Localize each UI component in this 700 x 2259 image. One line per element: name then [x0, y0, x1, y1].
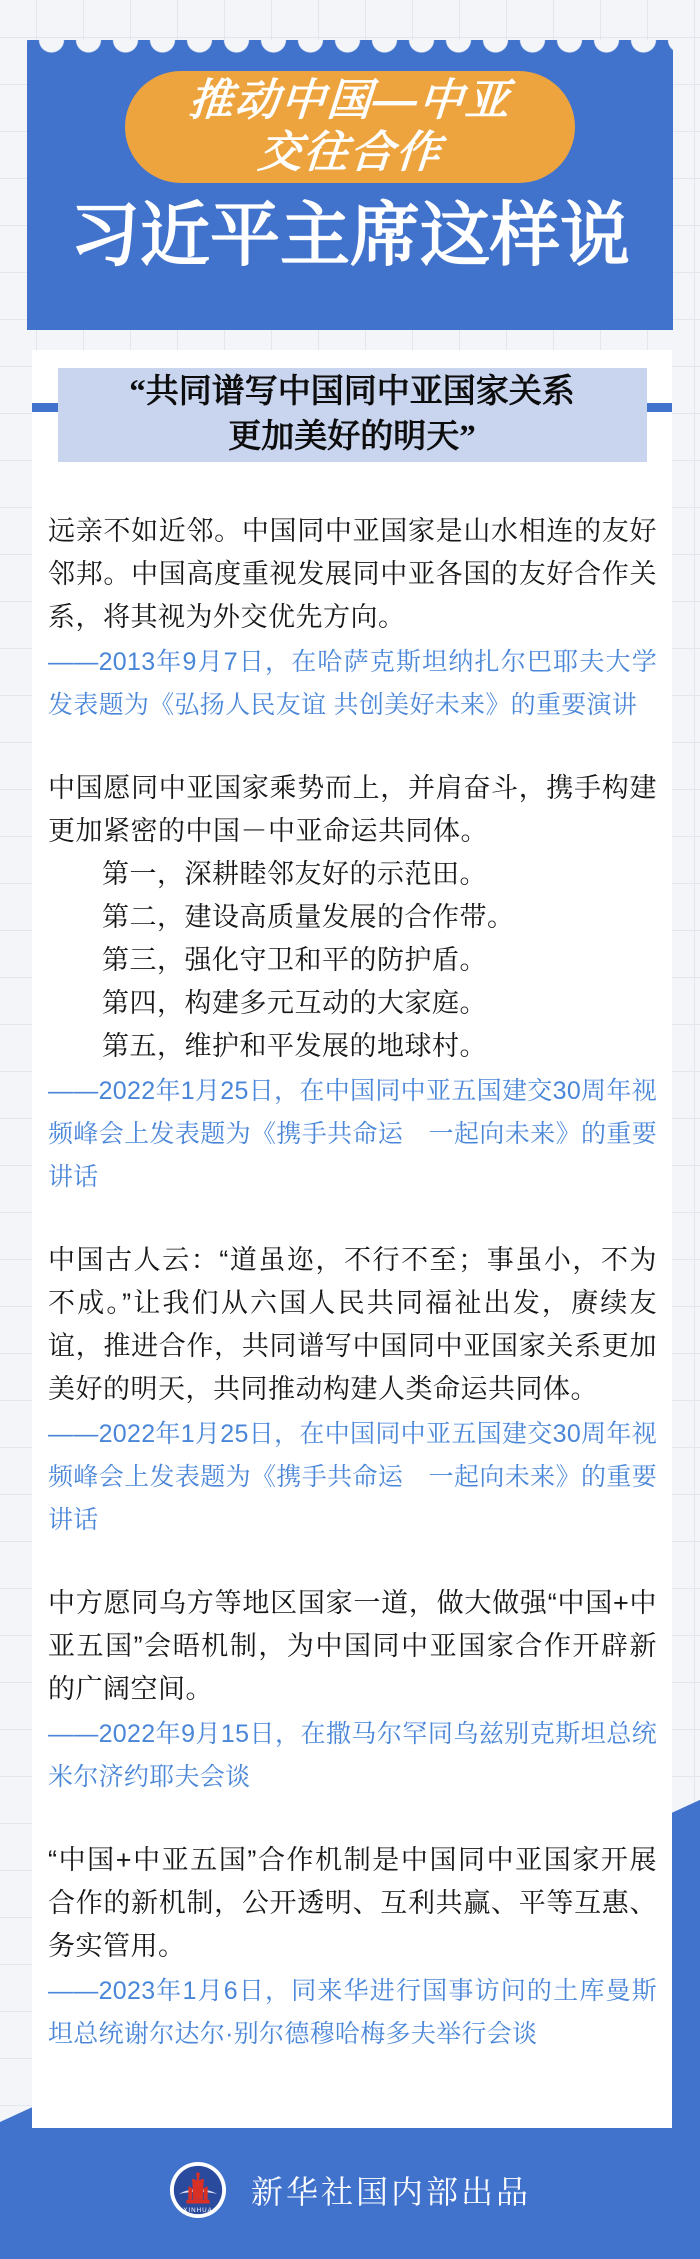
footer: XINHUA 新华社国内部出品: [0, 2160, 700, 2220]
list-item-1: 第一，深耕睦邻友好的示范田。: [48, 853, 657, 896]
page-title: 习近平主席这样说: [27, 195, 673, 275]
scallop-edge-decoration: [27, 40, 673, 54]
quote-paragraph: 中方愿同乌方等地区国家一道，做大做强“中国+中亚五国”会晤机制，为中国同中亚国家…: [48, 1582, 657, 1711]
quote-section-5: “中国+中亚五国”合作机制是中国同中亚国家开展合作的新机制，公开透明、互利共赢、…: [48, 1839, 657, 2056]
list-item-5: 第五，维护和平发展的地球村。: [48, 1025, 657, 1068]
xinhua-logo-icon: XINHUA: [169, 2161, 227, 2219]
list-item-3: 第三，强化守卫和平的防护盾。: [48, 939, 657, 982]
topic-badge-line-2: 交往合作: [256, 127, 444, 179]
content-card: “共同谱写中国同中亚国家关系 更加美好的明天” 远亲不如近邻。中国同中亚国家是山…: [32, 350, 672, 2128]
quote-attribution: ——2022年1月25日，在中国同中亚五国建交30周年视频峰会上发表题为《携手共…: [48, 1413, 657, 1542]
quotes-content: 远亲不如近邻。中国同中亚国家是山水相连的友好邻邦。中国高度重视发展同中亚各国的友…: [48, 510, 657, 2096]
quote-section-4: 中方愿同乌方等地区国家一道，做大做强“中国+中亚五国”会晤机制，为中国同中亚国家…: [48, 1582, 657, 1799]
quote-paragraph: 中国古人云：“道虽迩，不行不至；事虽小，不为不成。”让我们从六国人民共同福祉出发…: [48, 1239, 657, 1411]
headline-quote-line-2: 更加美好的明天”: [228, 415, 476, 460]
quote-section-3: 中国古人云：“道虽迩，不行不至；事虽小，不为不成。”让我们从六国人民共同福祉出发…: [48, 1239, 657, 1542]
quote-paragraph: “中国+中亚五国”合作机制是中国同中亚国家开展合作的新机制，公开透明、互利共赢、…: [48, 1839, 657, 1968]
header-banner: 推动中国—中亚 交往合作 习近平主席这样说: [27, 40, 673, 330]
list-item-4: 第四，构建多元互动的大家庭。: [48, 982, 657, 1025]
footer-credit-text: 新华社国内部出品: [251, 2167, 531, 2213]
quote-paragraph: 中国愿同中亚国家乘势而上，并肩奋斗，携手构建更加紧密的中国－中亚命运共同体。: [48, 767, 657, 853]
quote-attribution: ——2022年1月25日，在中国同中亚五国建交30周年视频峰会上发表题为《携手共…: [48, 1070, 657, 1199]
infographic-poster: 推动中国—中亚 交往合作 习近平主席这样说 “共同谱写中国同中亚国家关系 更加美…: [0, 0, 700, 2259]
topic-badge-line-1: 推动中国—中亚: [187, 75, 513, 127]
quote-attribution: ——2013年9月7日，在哈萨克斯坦纳扎尔巴耶夫大学发表题为《弘扬人民友谊 共创…: [48, 641, 657, 727]
quote-paragraph: 远亲不如近邻。中国同中亚国家是山水相连的友好邻邦。中国高度重视发展同中亚各国的友…: [48, 510, 657, 639]
quote-section-1: 远亲不如近邻。中国同中亚国家是山水相连的友好邻邦。中国高度重视发展同中亚各国的友…: [48, 510, 657, 727]
topic-badge: 推动中国—中亚 交往合作: [125, 71, 575, 183]
quote-attribution: ——2023年1月6日，同来华进行国事访问的土库曼斯坦总统谢尔达尔·别尔德穆哈梅…: [48, 1970, 657, 2056]
quote-section-2: 中国愿同中亚国家乘势而上，并肩奋斗，携手构建更加紧密的中国－中亚命运共同体。 第…: [48, 767, 657, 1199]
svg-text:XINHUA: XINHUA: [183, 2207, 212, 2214]
quote-attribution: ——2022年9月15日，在撒马尔罕同乌兹别克斯坦总统米尔济约耶夫会谈: [48, 1713, 657, 1799]
list-item-2: 第二，建设高质量发展的合作带。: [48, 896, 657, 939]
headline-quote-box: “共同谱写中国同中亚国家关系 更加美好的明天”: [58, 368, 647, 462]
headline-quote-line-1: “共同谱写中国同中亚国家关系: [129, 370, 575, 415]
